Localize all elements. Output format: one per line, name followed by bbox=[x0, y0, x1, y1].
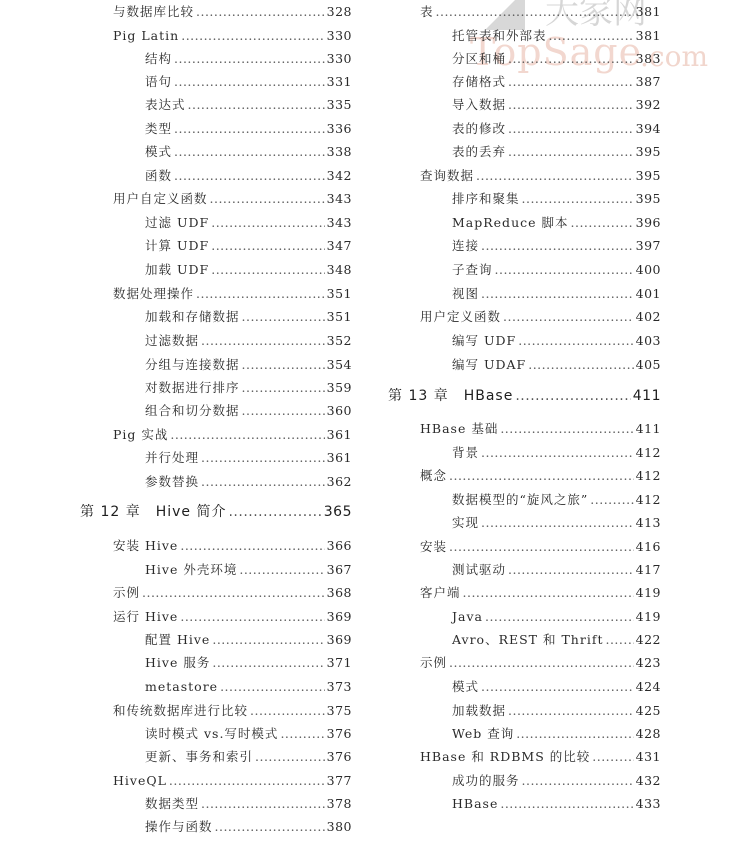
toc-entry-title: 用户自定义函数 bbox=[113, 189, 208, 209]
toc-entry-title: HiveQL bbox=[113, 771, 167, 791]
toc-entry[interactable]: Java419 bbox=[452, 607, 661, 627]
toc-entry-title: 语句 bbox=[145, 72, 172, 92]
dot-leader bbox=[449, 653, 634, 673]
dot-leader bbox=[481, 513, 634, 533]
toc-entry[interactable]: Avro、REST 和 Thrift422 bbox=[452, 630, 661, 650]
toc-page-number: 381 bbox=[636, 2, 661, 22]
toc-entry[interactable]: 读时模式 vs.写时模式376 bbox=[145, 724, 352, 744]
toc-entry-title: 表达式 bbox=[145, 95, 186, 115]
dot-leader bbox=[590, 490, 633, 510]
dot-leader bbox=[228, 502, 321, 522]
toc-entry-title: 过滤数据 bbox=[145, 331, 199, 351]
toc-page-number: 330 bbox=[327, 49, 352, 69]
toc-entry[interactable]: 表的丢弃395 bbox=[452, 142, 661, 162]
toc-page-number: 394 bbox=[636, 119, 661, 139]
toc-entry[interactable]: Pig Latin330 bbox=[113, 26, 352, 46]
toc-entry[interactable]: 与数据库比较328 bbox=[113, 2, 352, 22]
toc-page-number: 412 bbox=[636, 443, 661, 463]
toc-entry[interactable]: MapReduce 脚本396 bbox=[452, 213, 661, 233]
toc-entry[interactable]: 背景412 bbox=[452, 443, 661, 463]
toc-entry[interactable]: 操作与函数380 bbox=[145, 817, 352, 837]
toc-entry-title: 组合和切分数据 bbox=[145, 401, 240, 421]
toc-entry[interactable]: 加载 UDF348 bbox=[145, 260, 352, 280]
toc-page-number: 366 bbox=[327, 536, 352, 556]
toc-page-number: 343 bbox=[327, 213, 352, 233]
toc-page-number: 380 bbox=[327, 817, 352, 837]
toc-entry[interactable]: 配置 Hive369 bbox=[145, 630, 352, 650]
toc-entry-title: 视图 bbox=[452, 284, 479, 304]
dot-leader bbox=[239, 560, 324, 580]
toc-chapter-entry[interactable]: 第 12 章 Hive 简介365 bbox=[80, 502, 352, 522]
toc-entry-title: 查询数据 bbox=[420, 166, 474, 186]
toc-entry[interactable]: Web 查询428 bbox=[452, 724, 661, 744]
toc-entry-title: HBase 和 RDBMS 的比较 bbox=[420, 747, 590, 767]
toc-entry[interactable]: 加载和存储数据351 bbox=[145, 307, 352, 327]
dot-leader bbox=[169, 771, 325, 791]
dot-leader bbox=[212, 630, 324, 650]
toc-entry-title: 成功的服务 bbox=[452, 771, 520, 791]
toc-page-number: 417 bbox=[636, 560, 661, 580]
toc-page-number: 331 bbox=[327, 72, 352, 92]
toc-entry-title: 更新、事务和索引 bbox=[145, 747, 253, 767]
dot-leader bbox=[211, 213, 324, 233]
toc-page-number: 396 bbox=[636, 213, 661, 233]
toc-entry-title: 背景 bbox=[452, 443, 479, 463]
dot-leader bbox=[549, 26, 634, 46]
toc-page-number: 371 bbox=[327, 653, 352, 673]
toc-entry-title: Hive 外壳环境 bbox=[145, 560, 237, 580]
toc-entry[interactable]: 结构330 bbox=[145, 49, 352, 69]
toc-entry-title: 加载和存储数据 bbox=[145, 307, 240, 327]
toc-entry[interactable]: Pig 实战361 bbox=[113, 425, 352, 445]
toc-entry[interactable]: 运行 Hive369 bbox=[113, 607, 352, 627]
toc-page-number: 401 bbox=[636, 284, 661, 304]
dot-leader bbox=[250, 701, 325, 721]
toc-entry-title: 对数据进行排序 bbox=[145, 378, 240, 398]
toc-page-number: 411 bbox=[633, 386, 661, 406]
toc-page-number: 367 bbox=[327, 560, 352, 580]
toc-page-number: 405 bbox=[636, 355, 661, 375]
toc-entry-title: 第 12 章 Hive 简介 bbox=[80, 502, 226, 522]
dot-leader bbox=[592, 747, 633, 767]
toc-page-number: 351 bbox=[327, 284, 352, 304]
toc-page-number: 412 bbox=[636, 466, 661, 486]
dot-leader bbox=[196, 2, 325, 22]
toc-page-number: 335 bbox=[327, 95, 352, 115]
dot-leader bbox=[242, 355, 325, 375]
dot-leader bbox=[174, 142, 325, 162]
toc-entry[interactable]: 导入数据392 bbox=[452, 95, 661, 115]
toc-page-number: 377 bbox=[327, 771, 352, 791]
toc-page-number: 360 bbox=[327, 401, 352, 421]
toc-entry-title: 与数据库比较 bbox=[113, 2, 194, 22]
dot-leader bbox=[476, 166, 634, 186]
dot-leader bbox=[449, 537, 634, 557]
dot-leader bbox=[481, 236, 634, 256]
toc-entry-title: 第 13 章 HBase bbox=[388, 386, 513, 406]
toc-entry[interactable]: 分组与连接数据354 bbox=[145, 355, 352, 375]
dot-leader bbox=[508, 49, 634, 69]
toc-entry[interactable]: 对数据进行排序359 bbox=[145, 378, 352, 398]
dot-leader bbox=[522, 771, 634, 791]
toc-entry[interactable]: 编写 UDF403 bbox=[452, 331, 661, 351]
toc-entry[interactable]: 数据模型的“旋风之旅”412 bbox=[452, 490, 661, 510]
toc-page-number: 424 bbox=[636, 677, 661, 697]
toc-page-number: 416 bbox=[636, 537, 661, 557]
dot-leader bbox=[174, 166, 325, 186]
toc-entry-title: 函数 bbox=[145, 166, 172, 186]
toc-page-number: 402 bbox=[636, 307, 661, 327]
toc-entry[interactable]: 并行处理361 bbox=[145, 448, 352, 468]
toc-entry-title: 配置 Hive bbox=[145, 630, 210, 650]
toc-page-number: 419 bbox=[636, 607, 661, 627]
toc-entry-title: 存储格式 bbox=[452, 72, 506, 92]
toc-page-number: 369 bbox=[327, 630, 352, 650]
dot-leader bbox=[508, 560, 634, 580]
toc-page-number: 376 bbox=[327, 747, 352, 767]
toc-entry-title: 连接 bbox=[452, 236, 479, 256]
toc-entry-title: 安装 Hive bbox=[113, 536, 178, 556]
toc-page-number: 419 bbox=[636, 583, 661, 603]
toc-page-number: 423 bbox=[636, 653, 661, 673]
toc-entry[interactable]: 参数替换362 bbox=[145, 472, 352, 492]
toc-entry[interactable]: 函数342 bbox=[145, 166, 352, 186]
toc-page-number: 343 bbox=[327, 189, 352, 209]
dot-leader bbox=[436, 2, 634, 22]
toc-entry-title: 操作与函数 bbox=[145, 817, 213, 837]
dot-leader bbox=[242, 378, 325, 398]
dot-leader bbox=[518, 331, 633, 351]
dot-leader bbox=[508, 72, 634, 92]
dot-leader bbox=[481, 284, 634, 304]
toc-entry-title: 编写 UDF bbox=[452, 331, 516, 351]
dot-leader bbox=[481, 443, 634, 463]
toc-entry[interactable]: 示例368 bbox=[113, 583, 352, 603]
toc-entry-title: 加载数据 bbox=[452, 701, 506, 721]
toc-page-number: 413 bbox=[636, 513, 661, 533]
toc-page-number: 432 bbox=[636, 771, 661, 791]
toc-entry[interactable]: 编写 UDAF405 bbox=[452, 355, 661, 375]
toc-entry-title: 读时模式 vs.写时模式 bbox=[145, 724, 278, 744]
dot-leader bbox=[500, 794, 633, 814]
toc-entry-title: 模式 bbox=[452, 677, 479, 697]
toc-entry[interactable]: 类型336 bbox=[145, 119, 352, 139]
toc-page-number: 373 bbox=[327, 677, 352, 697]
toc-page-number: 376 bbox=[327, 724, 352, 744]
toc-entry-title: 表的丢弃 bbox=[452, 142, 506, 162]
toc-entry[interactable]: 安装 Hive366 bbox=[113, 536, 352, 556]
toc-entry[interactable]: Hive 外壳环境367 bbox=[145, 560, 352, 580]
dot-leader bbox=[255, 747, 325, 767]
dot-leader bbox=[170, 425, 324, 445]
toc-page-number: 375 bbox=[327, 701, 352, 721]
dot-leader bbox=[201, 794, 325, 814]
toc-entry-title: 过滤 UDF bbox=[145, 213, 209, 233]
toc-entry-title: 表的修改 bbox=[452, 119, 506, 139]
dot-leader bbox=[528, 355, 633, 375]
toc-entry[interactable]: HBase 和 RDBMS 的比较431 bbox=[420, 747, 661, 767]
toc-page-number: 378 bbox=[327, 794, 352, 814]
toc-entry-title: HBase bbox=[452, 794, 498, 814]
toc-entry[interactable]: 用户自定义函数343 bbox=[113, 189, 352, 209]
toc-entry[interactable]: 成功的服务432 bbox=[452, 771, 661, 791]
toc-entry-title: 并行处理 bbox=[145, 448, 199, 468]
toc-entry-title: MapReduce 脚本 bbox=[452, 213, 569, 233]
dot-leader bbox=[605, 630, 633, 650]
toc-entry[interactable]: 模式424 bbox=[452, 677, 661, 697]
toc-page-number: 422 bbox=[636, 630, 661, 650]
toc-page-number: 348 bbox=[327, 260, 352, 280]
dot-leader bbox=[201, 448, 325, 468]
toc-entry-title: 概念 bbox=[420, 466, 447, 486]
toc-page-number: 347 bbox=[327, 236, 352, 256]
toc-page-number: 395 bbox=[636, 142, 661, 162]
toc-entry-title: 子查询 bbox=[452, 260, 493, 280]
toc-entry-title: Avro、REST 和 Thrift bbox=[452, 630, 603, 650]
toc-entry[interactable]: 实现413 bbox=[452, 513, 661, 533]
dot-leader bbox=[220, 677, 325, 697]
toc-entry[interactable]: Hive 服务371 bbox=[145, 653, 352, 673]
toc-page-number: 428 bbox=[636, 724, 661, 744]
toc-entry-title: 示例 bbox=[113, 583, 140, 603]
dot-leader bbox=[508, 95, 634, 115]
toc-page-number: 352 bbox=[327, 331, 352, 351]
toc-page-number: 368 bbox=[327, 583, 352, 603]
dot-leader bbox=[481, 677, 634, 697]
dot-leader bbox=[495, 260, 634, 280]
toc-entry-title: 用户定义函数 bbox=[420, 307, 501, 327]
toc-page-number: 362 bbox=[327, 472, 352, 492]
dot-leader bbox=[215, 817, 325, 837]
toc-entry[interactable]: 排序和聚集395 bbox=[452, 189, 661, 209]
toc-entry[interactable]: 视图401 bbox=[452, 284, 661, 304]
dot-leader bbox=[449, 466, 634, 486]
toc-entry-title: Web 查询 bbox=[452, 724, 514, 744]
dot-leader bbox=[211, 236, 324, 256]
toc-entry-title: 参数替换 bbox=[145, 472, 199, 492]
toc-entry-title: 排序和聚集 bbox=[452, 189, 520, 209]
toc-entry-title: 安装 bbox=[420, 537, 447, 557]
toc-entry-title: 和传统数据库进行比较 bbox=[113, 701, 248, 721]
dot-leader bbox=[522, 189, 634, 209]
toc-page-number: 397 bbox=[636, 236, 661, 256]
dot-leader bbox=[571, 213, 634, 233]
dot-leader bbox=[210, 189, 325, 209]
toc-entry[interactable]: 表的修改394 bbox=[452, 119, 661, 139]
toc-page-number: 361 bbox=[327, 425, 352, 445]
dot-leader bbox=[242, 307, 325, 327]
toc-entry-title: Hive 服务 bbox=[145, 653, 210, 673]
toc-chapter-entry[interactable]: 第 13 章 HBase411 bbox=[388, 386, 661, 406]
toc-page-number: 351 bbox=[327, 307, 352, 327]
dot-leader bbox=[201, 472, 325, 492]
toc-entry[interactable]: 子查询400 bbox=[452, 260, 661, 280]
toc-page-number: 395 bbox=[636, 189, 661, 209]
toc-entry-title: 计算 UDF bbox=[145, 236, 209, 256]
toc-entry[interactable]: 托管表和外部表381 bbox=[452, 26, 661, 46]
dot-leader bbox=[212, 653, 324, 673]
toc-entry[interactable]: 示例423 bbox=[420, 653, 661, 673]
dot-leader bbox=[174, 119, 325, 139]
toc-entry[interactable]: 存储格式387 bbox=[452, 72, 661, 92]
toc-entry-title: 数据处理操作 bbox=[113, 284, 194, 304]
toc-entry[interactable]: 计算 UDF347 bbox=[145, 236, 352, 256]
toc-entry-title: 运行 Hive bbox=[113, 607, 178, 627]
dot-leader bbox=[508, 142, 634, 162]
dot-leader bbox=[485, 607, 634, 627]
toc-entry-title: 类型 bbox=[145, 119, 172, 139]
dot-leader bbox=[463, 583, 634, 603]
dot-leader bbox=[142, 583, 325, 603]
toc-entry[interactable]: 加载数据425 bbox=[452, 701, 661, 721]
toc-page-number: 395 bbox=[636, 166, 661, 186]
toc-entry-title: 数据模型的“旋风之旅” bbox=[452, 490, 588, 510]
dot-leader bbox=[516, 724, 633, 744]
dot-leader bbox=[196, 284, 325, 304]
dot-leader bbox=[174, 49, 325, 69]
toc-page-number: 400 bbox=[636, 260, 661, 280]
toc-page-number: 369 bbox=[327, 607, 352, 627]
toc-entry-title: 分区和桶 bbox=[452, 49, 506, 69]
toc-entry[interactable]: 查询数据395 bbox=[420, 166, 661, 186]
toc-page-number: 412 bbox=[636, 490, 661, 510]
toc-entry[interactable]: 和传统数据库进行比较375 bbox=[113, 701, 352, 721]
dot-leader bbox=[242, 401, 325, 421]
toc-page-number: 433 bbox=[636, 794, 661, 814]
dot-leader bbox=[201, 331, 325, 351]
toc-entry[interactable]: 数据处理操作351 bbox=[113, 284, 352, 304]
toc-entry[interactable]: 用户定义函数402 bbox=[420, 307, 661, 327]
toc-entry[interactable]: HBase 基础411 bbox=[420, 419, 661, 439]
toc-entry[interactable]: HBase433 bbox=[452, 794, 661, 814]
toc-entry-title: 编写 UDAF bbox=[452, 355, 526, 375]
toc-entry[interactable]: 安装416 bbox=[420, 537, 661, 557]
toc-page-number: 330 bbox=[327, 26, 352, 46]
toc-entry[interactable]: 测试驱动417 bbox=[452, 560, 661, 580]
toc-entry-title: 分组与连接数据 bbox=[145, 355, 240, 375]
toc-entry-title: 数据类型 bbox=[145, 794, 199, 814]
dot-leader bbox=[503, 307, 634, 327]
toc-entry[interactable]: 模式338 bbox=[145, 142, 352, 162]
toc-entry[interactable]: 客户端419 bbox=[420, 583, 661, 603]
toc-entry-title: 结构 bbox=[145, 49, 172, 69]
toc-entry[interactable]: 表达式335 bbox=[145, 95, 352, 115]
toc-entry-title: 表 bbox=[420, 2, 434, 22]
toc-entry[interactable]: 组合和切分数据360 bbox=[145, 401, 352, 421]
toc-entry-title: metastore bbox=[145, 677, 218, 697]
toc-entry-title: 实现 bbox=[452, 513, 479, 533]
toc-page-number: 383 bbox=[636, 49, 661, 69]
dot-leader bbox=[181, 26, 324, 46]
toc-page-number: 425 bbox=[636, 701, 661, 721]
toc-page-number: 359 bbox=[327, 378, 352, 398]
toc-page-number: 338 bbox=[327, 142, 352, 162]
toc-entry[interactable]: 分区和桶383 bbox=[452, 49, 661, 69]
toc-entry-title: Java bbox=[452, 607, 483, 627]
dot-leader bbox=[280, 724, 324, 744]
toc-entry-title: 托管表和外部表 bbox=[452, 26, 547, 46]
toc-entry-title: 客户端 bbox=[420, 583, 461, 603]
toc-entry-title: 导入数据 bbox=[452, 95, 506, 115]
toc-page-number: 387 bbox=[636, 72, 661, 92]
toc-page-number: 336 bbox=[327, 119, 352, 139]
toc-entry[interactable]: 更新、事务和索引376 bbox=[145, 747, 352, 767]
toc-page-number: 392 bbox=[636, 95, 661, 115]
toc-page-number: 411 bbox=[636, 419, 661, 439]
toc-entry-title: 测试驱动 bbox=[452, 560, 506, 580]
toc-entry[interactable]: 数据类型378 bbox=[145, 794, 352, 814]
toc-page-number: 342 bbox=[327, 166, 352, 186]
dot-leader bbox=[180, 607, 324, 627]
toc-entry[interactable]: 连接397 bbox=[452, 236, 661, 256]
toc-page-number: 403 bbox=[636, 331, 661, 351]
toc-page-number: 365 bbox=[324, 502, 352, 522]
dot-leader bbox=[508, 701, 634, 721]
toc-entry-title: Pig Latin bbox=[113, 26, 179, 46]
toc-entry[interactable]: 语句331 bbox=[145, 72, 352, 92]
dot-leader bbox=[508, 119, 634, 139]
dot-leader bbox=[188, 95, 325, 115]
toc-entry[interactable]: metastore373 bbox=[145, 677, 352, 697]
toc-entry[interactable]: 过滤数据352 bbox=[145, 331, 352, 351]
dot-leader bbox=[211, 260, 324, 280]
toc-entry[interactable]: 表381 bbox=[420, 2, 661, 22]
toc-entry-title: 加载 UDF bbox=[145, 260, 209, 280]
dot-leader bbox=[500, 419, 633, 439]
toc-page-number: 381 bbox=[636, 26, 661, 46]
toc-page-number: 328 bbox=[327, 2, 352, 22]
toc-entry[interactable]: 过滤 UDF343 bbox=[145, 213, 352, 233]
toc-entry-title: Pig 实战 bbox=[113, 425, 168, 445]
dot-leader bbox=[515, 386, 630, 406]
dot-leader bbox=[180, 536, 324, 556]
dot-leader bbox=[174, 72, 325, 92]
toc-page-number: 354 bbox=[327, 355, 352, 375]
toc-page-number: 361 bbox=[327, 448, 352, 468]
toc-page-number: 431 bbox=[636, 747, 661, 767]
toc-entry-title: HBase 基础 bbox=[420, 419, 498, 439]
toc-entry-title: 示例 bbox=[420, 653, 447, 673]
toc-entry-title: 模式 bbox=[145, 142, 172, 162]
toc-entry[interactable]: HiveQL377 bbox=[113, 771, 352, 791]
toc-entry[interactable]: 概念412 bbox=[420, 466, 661, 486]
